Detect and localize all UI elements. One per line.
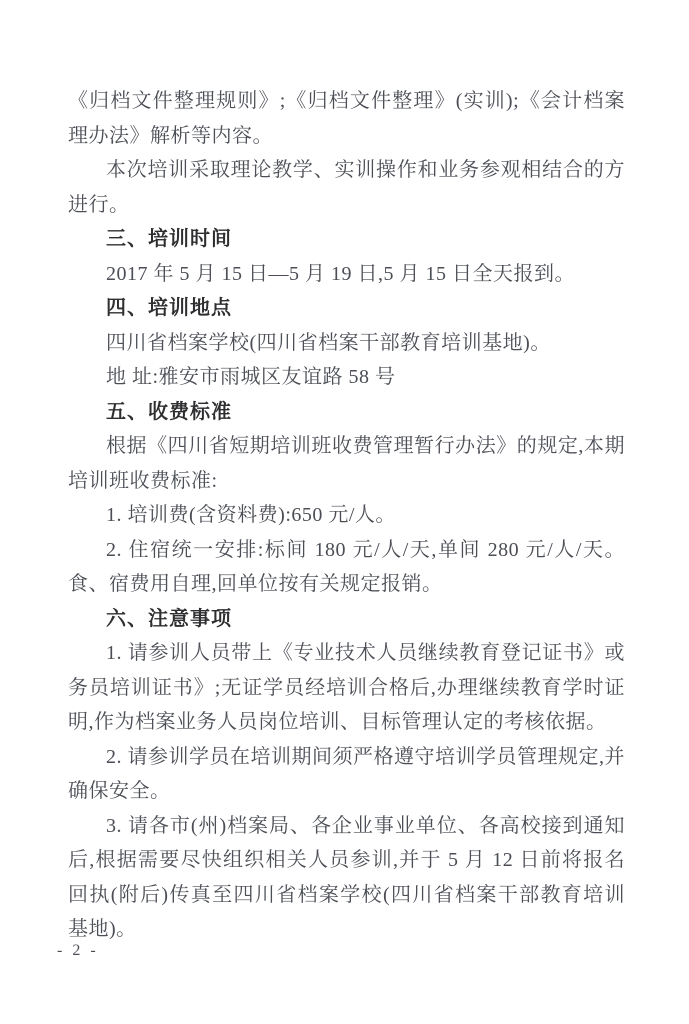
text-line: 1. 请参训人员带上《专业技术人员继续教育登记证书》或《公	[68, 636, 625, 671]
text-line: 后,根据需要尽快组织相关人员参训,并于 5 月 12 日前将报名	[68, 843, 625, 878]
section-heading: 三、培训时间	[68, 222, 625, 257]
text-line: 2. 住宿统一安排:标间 180 元/人/天,单间 280 元/人/天。	[68, 533, 625, 568]
text-line: 《归档文件整理规则》;《归档文件整理》(实训);《会计档案管	[68, 84, 625, 119]
text-line: 四川省档案学校(四川省档案干部教育培训基地)。	[68, 326, 625, 361]
text-line: 本次培训采取理论教学、实训操作和业务参观相结合的方式	[68, 153, 625, 188]
page-number: - 2 -	[57, 941, 99, 961]
text-line: 务员培训证书》;无证学员经培训合格后,办理继续教育学时证	[68, 671, 625, 706]
text-line: 确保安全。	[68, 774, 625, 809]
section-heading: 五、收费标准	[68, 395, 625, 430]
text-line: 3. 请各市(州)档案局、各企业事业单位、各高校接到通知	[68, 809, 625, 844]
text-line: 地 址:雅安市雨城区友谊路 58 号	[68, 360, 625, 395]
section-heading: 六、注意事项	[68, 602, 625, 637]
text-line: 2. 请参训学员在培训期间须严格遵守培训学员管理规定,并	[68, 740, 625, 775]
text-line: 食、宿费用自理,回单位按有关规定报销。	[68, 567, 625, 602]
text-line: 回执(附后)传真至四川省档案学校(四川省档案干部教育培训	[68, 878, 625, 913]
text-line: 理办法》解析等内容。	[68, 119, 625, 154]
text-line: 进行。	[68, 188, 625, 223]
text-line: 2017 年 5 月 15 日—5 月 19 日,5 月 15 日全天报到。	[68, 257, 625, 292]
text-line: 1. 培训费(含资料费):650 元/人。	[68, 498, 625, 533]
text-line: 培训班收费标准:	[68, 464, 625, 499]
text-line: 根据《四川省短期培训班收费管理暂行办法》的规定,本期	[68, 429, 625, 464]
section-heading: 四、培训地点	[68, 291, 625, 326]
text-line: 明,作为档案业务人员岗位培训、目标管理认定的考核依据。	[68, 705, 625, 740]
document-text-block: 《归档文件整理规则》;《归档文件整理》(实训);《会计档案管理办法》解析等内容。…	[68, 84, 625, 947]
document-page: 《归档文件整理规则》;《归档文件整理》(实训);《会计档案管理办法》解析等内容。…	[0, 0, 689, 1024]
text-line: 基地)。	[68, 912, 625, 947]
